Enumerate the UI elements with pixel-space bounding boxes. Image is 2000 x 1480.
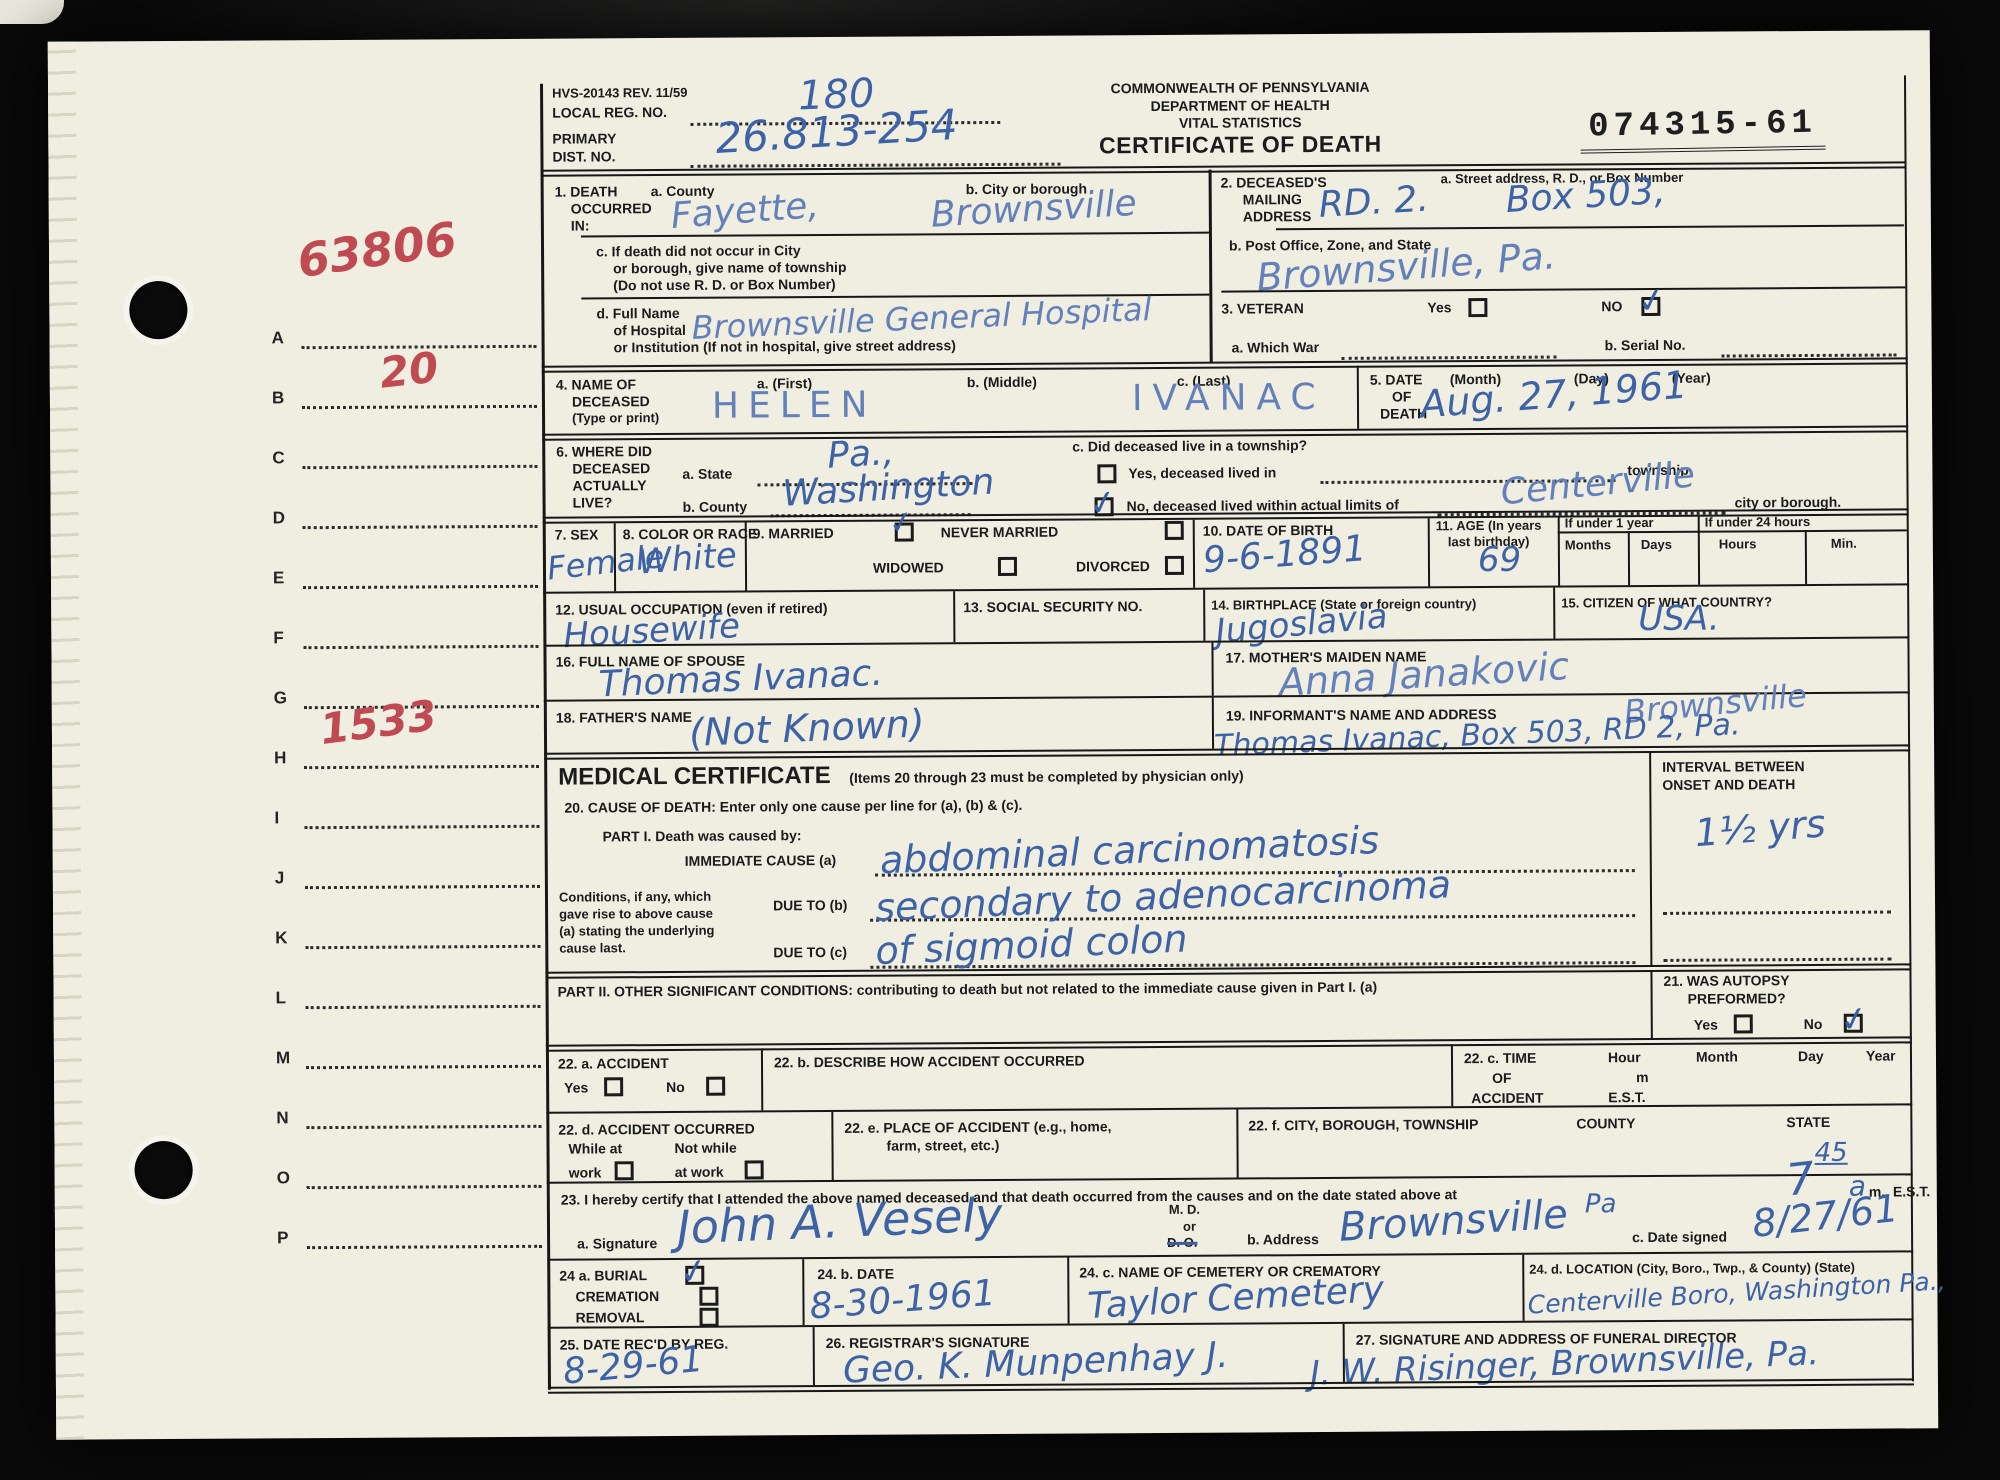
column-divider <box>1522 1255 1524 1321</box>
scanner-background: { "header": { "form_no": "HVS-20143 REV.… <box>0 0 2000 1480</box>
interval-label-1: INTERVAL BETWEEN <box>1662 758 1804 775</box>
while-at-work-checkbox <box>615 1161 634 1180</box>
accident-county-label: COUNTY <box>1576 1115 1635 1131</box>
punch-hole-bottom <box>134 1141 192 1199</box>
serial-no-line <box>1722 351 1897 357</box>
autopsy-yes-label: Yes <box>1694 1017 1718 1033</box>
name-of-deceased-label-2: DECEASED <box>572 393 650 409</box>
cause-of-death-label: 20. CAUSE OF DEATH: Enter only one cause… <box>564 797 1022 816</box>
removal-label: REMOVAL <box>576 1309 645 1325</box>
township-yes-checkbox <box>1097 464 1116 483</box>
autopsy-label-2: PREFORMED? <box>1688 990 1786 1007</box>
father-label: 18. FATHER'S NAME <box>556 709 692 726</box>
local-reg-label: LOCAL REG. NO. <box>552 104 667 121</box>
interval-line <box>1663 956 1891 962</box>
veteran-no-label: NO <box>1601 298 1622 314</box>
column-divider <box>1193 520 1195 588</box>
hospital-label-2: of Hospital <box>613 322 685 338</box>
sex-label: 7. SEX <box>555 526 599 542</box>
margin-dotted-line <box>303 583 538 589</box>
dist-no-entry: 26.813-254 <box>714 100 959 163</box>
under-1-year-label: If under 1 year <box>1565 515 1654 531</box>
removal-checkbox <box>699 1308 718 1327</box>
date-of-death-label-2: OF <box>1392 388 1412 404</box>
rule-line <box>543 583 1909 593</box>
part2-label: PART II. OTHER SIGNIFICANT CONDITIONS: c… <box>558 979 1378 1000</box>
burial-label: 24 a. BURIAL <box>559 1267 647 1284</box>
township-yes-label: Yes, deceased lived in <box>1128 464 1276 481</box>
mailing-address-label-1: 2. DECEASED'S <box>1221 174 1327 191</box>
min-label: Min. <box>1831 536 1857 551</box>
rule-line <box>548 1378 1914 1393</box>
months-label: Months <box>1565 537 1611 552</box>
age-entry: 69 <box>1478 540 1522 580</box>
widowed-checkbox <box>998 557 1017 576</box>
name-of-deceased-label-3: (Type or print) <box>572 410 659 426</box>
place-of-accident-label-1: 22. e. PLACE OF ACCIDENT (e.g., home, <box>844 1118 1111 1136</box>
at-work-label: at work <box>675 1164 724 1180</box>
conditions-label-1: Conditions, if any, which <box>559 889 711 905</box>
est-label: E.S.T. <box>1608 1089 1645 1105</box>
days-label: Days <box>1641 537 1672 552</box>
due-to-c-label: DUE TO (c) <box>773 944 847 960</box>
margin-letter: C <box>272 448 284 468</box>
divorced-label: DIVORCED <box>1076 558 1150 574</box>
margin-letter: F <box>273 628 284 648</box>
accident-occurred-label: 22. d. ACCIDENT OCCURRED <box>558 1120 754 1137</box>
interval-entry: 1½ yrs <box>1693 801 1827 855</box>
column-divider <box>1211 643 1213 696</box>
margin-letter: H <box>274 748 286 768</box>
burial-date-label: 24. b. DATE <box>817 1266 894 1282</box>
day-col-label: Day <box>1798 1048 1824 1064</box>
margin-dotted-line <box>306 1003 541 1009</box>
margin-letter: I <box>274 808 279 828</box>
not-while-label: Not while <box>674 1140 736 1156</box>
margin-dotted-line <box>302 403 537 409</box>
last-name-entry: IVANAC <box>1132 377 1326 419</box>
mailing-address-label-2: MAILING <box>1243 191 1302 207</box>
address-label: b. Address <box>1247 1231 1319 1247</box>
township-question-label: c. Did deceased live in a township? <box>1072 437 1307 454</box>
margin-dotted-line <box>303 523 538 529</box>
column-divider <box>1209 170 1213 363</box>
page-corner-sliver <box>0 0 64 24</box>
state-label: a. State <box>682 466 732 482</box>
autopsy-no-label: No <box>1804 1016 1823 1032</box>
margin-dotted-line <box>307 1243 542 1249</box>
conditions-label-4: cause last. <box>559 940 626 955</box>
citizen-entry: USA. <box>1638 599 1719 639</box>
time-of-accident-label: 22. c. TIME <box>1464 1050 1536 1066</box>
not-while-at-work-checkbox <box>745 1160 764 1179</box>
column-divider <box>761 1048 763 1110</box>
column-divider <box>953 591 955 642</box>
township-note-3: (Do not use R. D. or Box Number) <box>613 276 836 293</box>
where-lived-label-4: LIVE? <box>573 494 613 510</box>
margin-letter: M <box>276 1048 290 1068</box>
describe-accident-label: 22. b. DESCRIBE HOW ACCIDENT OCCURRED <box>774 1052 1085 1070</box>
hours-label: Hours <box>1719 536 1757 551</box>
medical-certificate-title: MEDICAL CERTIFICATE <box>558 762 831 792</box>
immediate-cause-label: IMMEDIATE CAUSE (a) <box>685 852 837 869</box>
veteran-yes-checkbox <box>1468 298 1487 317</box>
autopsy-label-1: 21. WAS AUTOPSY <box>1663 972 1789 989</box>
column-divider <box>1558 518 1560 586</box>
cremation-label: CREMATION <box>575 1288 659 1305</box>
form-left-border <box>540 84 551 1390</box>
meridiem-label: m <box>1636 1069 1649 1085</box>
first-name-entry: HELEN <box>712 385 877 427</box>
date-signed-label: c. Date signed <box>1632 1229 1727 1246</box>
margin-letter: D <box>273 508 285 528</box>
work-label: work <box>569 1164 602 1180</box>
margin-letter: B <box>272 388 284 408</box>
part1-label: PART I. Death was caused by: <box>603 827 802 844</box>
accident-no-checkbox <box>706 1077 725 1096</box>
date-of-death-label-1: 5. DATE <box>1370 371 1423 387</box>
column-divider <box>1553 588 1555 639</box>
margin-dotted-line <box>306 1063 541 1069</box>
do-label: D. O. <box>1167 1235 1197 1250</box>
margin-red-number: 1533 <box>317 690 439 754</box>
veteran-yes-label: Yes <box>1427 299 1451 315</box>
column-divider <box>1649 753 1652 965</box>
rule-line <box>1276 224 1904 230</box>
city-limits-entry: Centerville <box>1499 454 1697 513</box>
rule-line <box>548 1318 1914 1328</box>
accident-city-label: 22. f. CITY, BOROUGH, TOWNSHIP <box>1248 1116 1478 1133</box>
column-divider <box>1451 1044 1453 1106</box>
column-divider <box>1698 517 1700 585</box>
death-city-entry: Brownsville <box>930 183 1138 236</box>
punch-hole-top <box>129 281 187 339</box>
column-divider <box>1236 1110 1238 1178</box>
certificate-title: CERTIFICATE OF DEATH <box>960 130 1520 160</box>
column-divider <box>1357 366 1359 429</box>
margin-dotted-line <box>303 643 538 649</box>
veteran-label: 3. VETERAN <box>1221 300 1304 317</box>
which-war-label: a. Which War <box>1232 339 1319 356</box>
margin-red-number: 63806 <box>294 211 460 288</box>
margin-letter: O <box>277 1168 290 1188</box>
primary-label: PRIMARY <box>552 130 616 146</box>
signature-label: a. Signature <box>577 1235 657 1251</box>
margin-letter: J <box>275 868 285 888</box>
margin-dotted-line <box>307 1183 542 1189</box>
conditions-label-2: gave rise to above cause <box>559 906 713 922</box>
margin-letter: G <box>274 688 287 708</box>
md-label: M. D. <box>1169 1202 1200 1217</box>
column-divider <box>1203 590 1205 641</box>
check-mark: ✓ <box>886 504 917 543</box>
where-lived-label-3: ACTUALLY <box>572 477 646 493</box>
cremation-checkbox <box>699 1287 718 1306</box>
margin-letter: E <box>273 568 284 588</box>
column-divider <box>831 1112 833 1180</box>
physician-address-state-entry: Pa <box>1585 1189 1617 1219</box>
margin-dotted-line <box>305 883 540 889</box>
married-label: 9. MARRIED <box>753 525 834 541</box>
mailing-address-label-3: ADDRESS <box>1243 208 1312 224</box>
accident-yes-checkbox <box>604 1077 623 1096</box>
accident-label: 22. a. ACCIDENT <box>558 1055 669 1072</box>
hospital-label-1: d. Full Name <box>596 305 679 322</box>
department-line: DEPARTMENT OF HEALTH <box>960 96 1520 115</box>
under-24-hours-label: If under 24 hours <box>1705 514 1811 530</box>
column-divider <box>1067 1258 1069 1324</box>
margin-letter: K <box>275 928 287 948</box>
time-minutes-entry: 45 <box>1814 1138 1847 1168</box>
ssn-label: 13. SOCIAL SECURITY NO. <box>963 598 1142 615</box>
box-entry: Box 503, <box>1505 171 1667 221</box>
margin-dotted-line <box>302 463 537 469</box>
name-of-deceased-label-1: 4. NAME OF <box>556 376 636 392</box>
interval-line <box>1663 909 1891 915</box>
accident-state-label: STATE <box>1786 1114 1830 1130</box>
torn-paper-edge <box>48 42 85 1440</box>
conditions-label-3: (a) stating the underlying <box>559 923 714 939</box>
age-label-1: 11. AGE (In years <box>1436 518 1542 534</box>
margin-dotted-line <box>306 1123 541 1129</box>
date-signed-entry: 8/27/61 <box>1750 1186 1900 1246</box>
accident-no-label: No <box>666 1079 685 1095</box>
res-county-label: b. County <box>683 498 748 514</box>
rule-line <box>546 1103 1912 1113</box>
month-col-label: Month <box>1696 1048 1738 1064</box>
commonwealth-line: COMMONWEALTH OF PENNSYLVANIA <box>960 78 1520 97</box>
death-certificate-scan: A B C D E F G H I J K L M N O P 63806 20… <box>48 30 1939 1439</box>
hour-label: Hour <box>1608 1049 1641 1065</box>
death-occurred-label2: OCCURRED <box>571 200 652 216</box>
year-col-label: Year <box>1866 1047 1896 1063</box>
where-lived-label-2: DECEASED <box>572 460 650 476</box>
where-lived-label-1: 6. WHERE DID <box>556 443 652 460</box>
never-married-label: NEVER MARRIED <box>941 524 1059 541</box>
medical-certificate-subtitle: (Items 20 through 23 must be completed b… <box>849 767 1244 785</box>
column-divider <box>1428 518 1430 586</box>
column-divider <box>1628 531 1630 585</box>
column-divider <box>1805 530 1807 584</box>
time-of-label: OF <box>1492 1070 1512 1086</box>
accident-yes-label: Yes <box>564 1079 588 1095</box>
certificate-form: HVS-20143 REV. 11/59 LOCAL REG. NO. 180 … <box>540 75 1914 1391</box>
middle-name-label: b. (Middle) <box>967 374 1037 390</box>
father-entry: (Not Known) <box>688 701 925 755</box>
vital-statistics-line: VITAL STATISTICS <box>960 113 1520 132</box>
township-note-2: or borough, give name of township <box>613 259 846 276</box>
check-mark: ✓ <box>1836 998 1871 1042</box>
time-accident-label: ACCIDENT <box>1471 1090 1543 1106</box>
due-to-b-label: DUE TO (b) <box>773 897 848 913</box>
serial-no-label: b. Serial No. <box>1605 337 1686 353</box>
never-married-checkbox <box>1165 521 1184 540</box>
dist-no-label: DIST. NO. <box>552 148 615 164</box>
or-label: or <box>1183 1219 1196 1234</box>
margin-letter: N <box>276 1108 288 1128</box>
place-of-accident-label-2: farm, street, etc.) <box>886 1137 999 1154</box>
margin-dotted-line <box>304 763 539 769</box>
margin-dotted-line <box>305 943 540 949</box>
while-at-label: While at <box>568 1140 622 1156</box>
rule-line <box>547 1250 1913 1260</box>
death-occurred-label: 1. DEATH <box>555 183 618 199</box>
township-note-1: c. If death did not occur in City <box>596 242 801 259</box>
margin-letter: L <box>276 988 287 1008</box>
interval-label-2: ONSET AND DEATH <box>1662 776 1795 793</box>
margin-red-number: 20 <box>377 342 441 397</box>
column-divider <box>813 1327 815 1385</box>
autopsy-yes-checkbox <box>1734 1014 1753 1033</box>
street-entry: RD. 2. <box>1318 178 1430 225</box>
form-number: HVS-20143 REV. 11/59 <box>552 85 687 101</box>
widowed-label: WIDOWED <box>873 559 944 575</box>
margin-letter: P <box>277 1228 288 1248</box>
certificate-number-stamp: 074315-61 <box>1580 105 1825 154</box>
race-entry: White <box>637 535 739 582</box>
divorced-checkbox <box>1165 556 1184 575</box>
margin-dotted-line <box>305 823 540 829</box>
death-occurred-label3: IN: <box>571 217 590 233</box>
margin-letter: A <box>272 328 284 348</box>
check-mark: ✓ <box>1634 279 1669 323</box>
column-divider <box>1650 972 1652 1038</box>
column-divider <box>802 1259 804 1325</box>
